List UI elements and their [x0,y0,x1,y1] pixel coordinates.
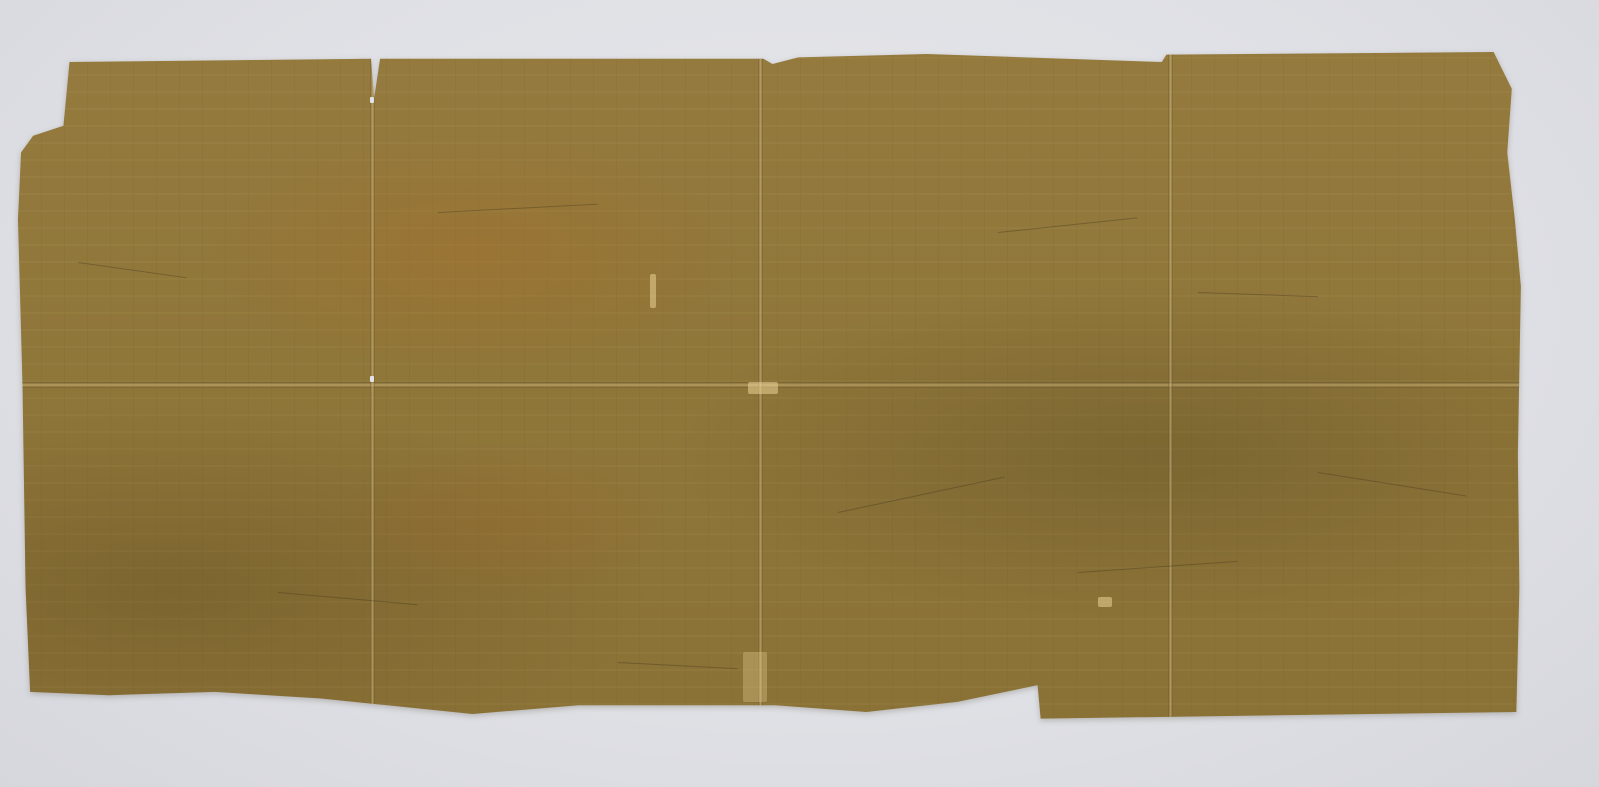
paper-crease [1318,472,1466,496]
paper-crease [998,217,1137,233]
paper-crease [618,662,738,669]
worn-spot [748,382,778,394]
worn-spot [650,274,656,308]
paper-hole [370,376,374,382]
worn-spot [1098,597,1112,607]
paper-crease [278,592,418,605]
paper-crease [1078,561,1238,573]
paper-document-container [18,52,1533,722]
photo-background [0,0,1599,787]
vertical-fold-line-left [370,52,375,722]
aged-paper-document [18,52,1533,722]
worn-spot [743,652,767,702]
paper-crease [78,262,187,278]
paper-crease [1198,292,1318,297]
paper-crease [438,204,598,213]
paper-hole [370,97,374,103]
paper-crease [838,477,1004,513]
vertical-fold-line-right [1168,52,1173,722]
